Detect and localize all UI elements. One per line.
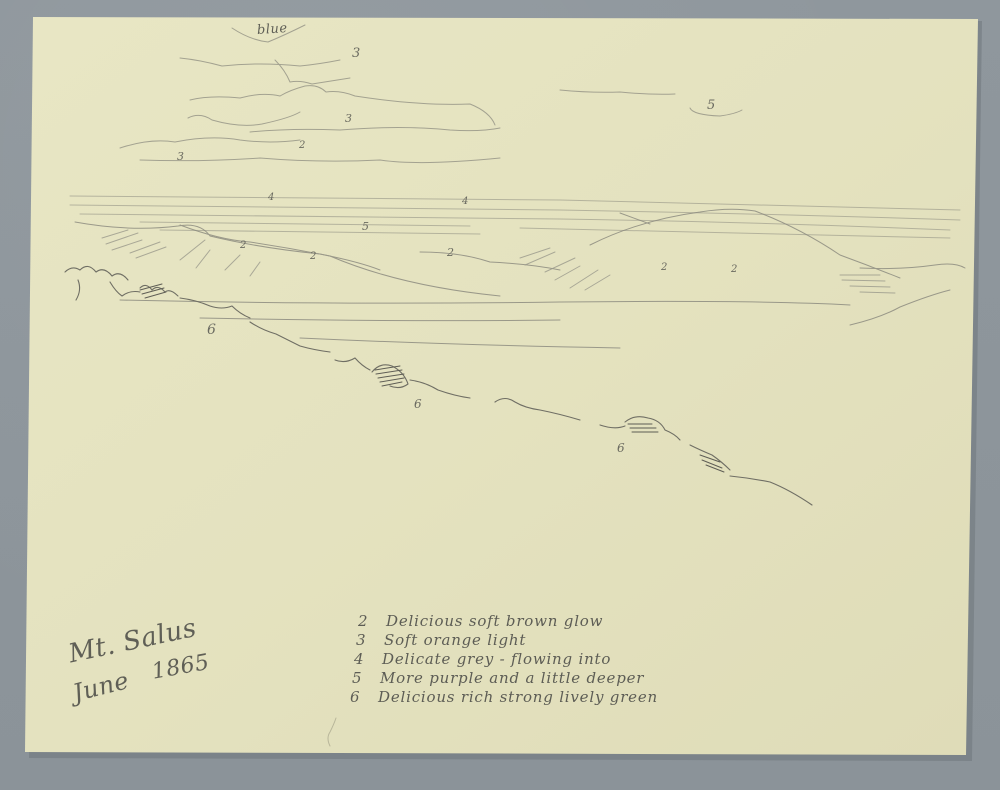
color-note: 5 More purple and a little deeper: [352, 669, 750, 688]
paper-crease: [328, 718, 336, 746]
cloud-outlines: [120, 25, 742, 163]
region-mark: 6: [414, 397, 422, 411]
color-note-number: 4: [354, 650, 382, 668]
color-note-number: 5: [352, 669, 380, 687]
region-mark: 2: [661, 262, 667, 273]
region-mark: 5: [362, 220, 369, 233]
color-note-text: More purple and a little deeper: [380, 669, 644, 687]
region-mark: 6: [617, 441, 625, 455]
region-mark: 4: [462, 196, 468, 207]
color-note-text: Delicious rich strong lively green: [378, 688, 658, 706]
region-mark: 2: [299, 140, 305, 151]
region-mark: 3: [345, 112, 352, 125]
color-note-text: Delicate grey - flowing into: [382, 650, 611, 668]
region-mark: 3: [352, 46, 360, 61]
region-mark: 2: [240, 240, 246, 251]
color-note-number: 2: [358, 612, 386, 630]
color-note-number: 3: [356, 631, 384, 649]
distant-horizon: [70, 196, 960, 238]
color-note: 6 Delicious rich strong lively green: [350, 688, 750, 707]
foliage-shading: [140, 284, 724, 472]
color-note: 4 Delicate grey - flowing into: [354, 650, 750, 669]
region-mark: 2: [310, 251, 316, 262]
region-mark: 3: [177, 150, 184, 163]
color-notes-legend: 2 Delicious soft brown glow 3 Soft orang…: [350, 612, 750, 707]
region-mark: 2: [731, 264, 737, 275]
sky-label: blue: [257, 21, 289, 38]
region-mark: 5: [707, 98, 715, 113]
color-note-text: Delicious soft brown glow: [386, 612, 603, 630]
color-note: 3 Soft orange light: [356, 631, 750, 650]
region-mark: 4: [268, 192, 274, 203]
color-note-number: 6: [350, 688, 378, 706]
region-mark: 6: [207, 322, 216, 338]
color-note: 2 Delicious soft brown glow: [358, 612, 750, 631]
region-mark: 2: [447, 246, 454, 259]
hill-hatching: [102, 230, 895, 293]
foreground-foliage: [65, 266, 812, 505]
color-note-text: Soft orange light: [384, 631, 526, 649]
